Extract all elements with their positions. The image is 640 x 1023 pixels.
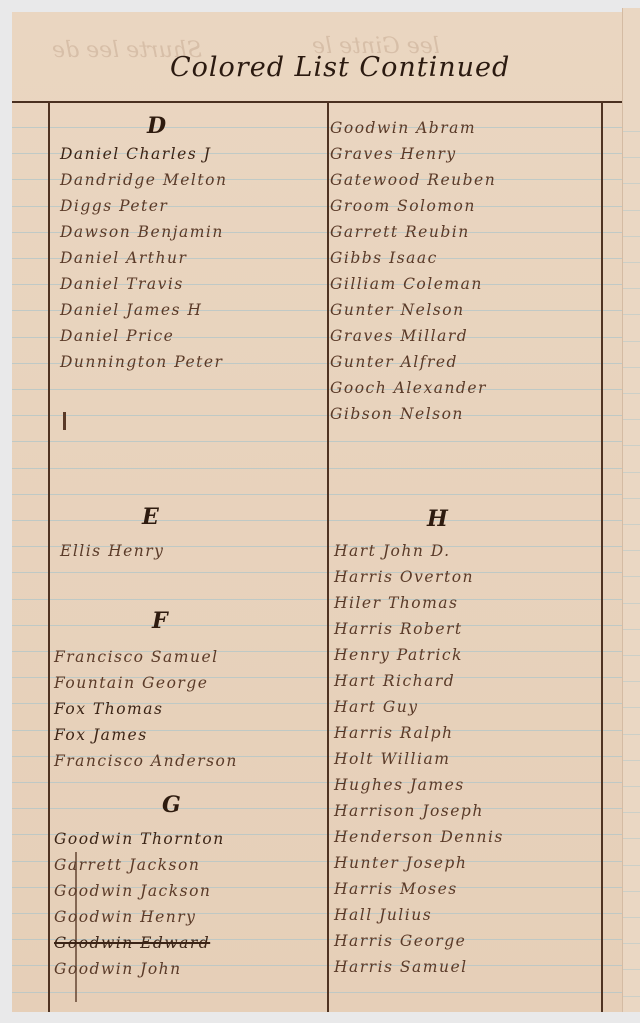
list-item: Daniel Travis	[60, 275, 184, 293]
rule-line	[12, 389, 622, 390]
list-item: Garrett Jackson	[54, 856, 200, 874]
rule-line	[12, 625, 622, 626]
list-item: Gooch Alexander	[330, 379, 487, 397]
section-letter-e: E	[142, 504, 159, 530]
section-letter-h: H	[427, 506, 448, 532]
list-item: Fountain George	[54, 674, 208, 692]
rule-line	[12, 808, 622, 809]
list-item-struck: Goodwin Edward	[54, 934, 210, 952]
list-item: Goodwin Abram	[330, 119, 476, 137]
rule-line	[623, 472, 640, 473]
list-item: Hart John D.	[334, 542, 451, 560]
list-item: Daniel Arthur	[60, 249, 187, 267]
list-item: Ellis Henry	[60, 542, 164, 560]
rule-line	[623, 943, 640, 944]
list-item: Gunter Alfred	[330, 353, 458, 371]
rule-line	[623, 603, 640, 604]
list-item: Goodwin Henry	[54, 908, 196, 926]
list-item: Fox James	[54, 726, 148, 744]
column-divider-line	[327, 101, 329, 1012]
rule-line	[623, 183, 640, 184]
rule-line	[623, 314, 640, 315]
rule-line	[12, 441, 622, 442]
ledger-page: Shurte lee de lee Ginte le Colored List …	[12, 12, 622, 1012]
header-rule	[12, 101, 622, 103]
list-item: Harris Moses	[334, 880, 458, 898]
list-item: Daniel Charles J	[60, 145, 211, 163]
left-margin-line	[48, 101, 50, 1012]
rule-line	[623, 917, 640, 918]
rule-line	[623, 786, 640, 787]
list-item: Hughes James	[334, 776, 465, 794]
adjacent-page-edge	[622, 8, 640, 1012]
rule-line	[623, 262, 640, 263]
rule-line	[623, 236, 640, 237]
list-item: Harris Samuel	[334, 958, 468, 976]
list-item: Fox Thomas	[54, 700, 163, 718]
rule-line	[623, 131, 640, 132]
list-item: Gibbs Isaac	[330, 249, 438, 267]
list-item: Graves Millard	[330, 327, 468, 345]
rule-line	[12, 494, 622, 495]
rule-line	[623, 891, 640, 892]
list-item: Harrison Joseph	[334, 802, 484, 820]
list-item: Goodwin John	[54, 960, 182, 978]
rule-line	[12, 992, 622, 993]
section-letter-f: F	[152, 608, 168, 634]
list-item: Francisco Anderson	[54, 752, 238, 770]
list-item: Gunter Nelson	[330, 301, 465, 319]
rule-line	[623, 865, 640, 866]
rule-line	[12, 415, 622, 416]
list-item: Dunnington Peter	[60, 353, 223, 371]
rule-line	[623, 969, 640, 970]
list-item: Graves Henry	[330, 145, 457, 163]
list-item: Hall Julius	[334, 906, 432, 924]
rule-line	[623, 445, 640, 446]
rule-line	[623, 734, 640, 735]
list-item: Goodwin Thornton	[54, 830, 225, 848]
rule-line	[12, 782, 622, 783]
list-item: Harris Robert	[334, 620, 463, 638]
rule-line	[623, 524, 640, 525]
list-item: Henry Patrick	[334, 646, 463, 664]
rule-line	[623, 576, 640, 577]
list-item: Gatewood Reuben	[330, 171, 496, 189]
rule-line	[623, 812, 640, 813]
rule-line	[623, 760, 640, 761]
rule-line	[623, 681, 640, 682]
list-item: Dawson Benjamin	[60, 223, 224, 241]
rule-line	[623, 367, 640, 368]
rule-line	[623, 838, 640, 839]
list-item: Francisco Samuel	[54, 648, 219, 666]
ink-mark	[63, 412, 66, 430]
rule-line	[623, 629, 640, 630]
list-item: Harris George	[334, 932, 466, 950]
rule-line	[623, 550, 640, 551]
list-item: Holt William	[334, 750, 450, 768]
list-item: Garrett Reubin	[330, 223, 470, 241]
list-item: Daniel James H	[60, 301, 202, 319]
rule-line	[623, 341, 640, 342]
rule-line	[623, 288, 640, 289]
list-item: Daniel Price	[60, 327, 174, 345]
right-margin-line	[601, 101, 603, 1012]
rule-line	[623, 393, 640, 394]
rule-line	[623, 996, 640, 997]
list-item: Henderson Dennis	[334, 828, 504, 846]
section-letter-d: D	[147, 113, 166, 139]
page-title: Colored List Continued	[170, 52, 610, 83]
rule-line	[623, 655, 640, 656]
list-item: Diggs Peter	[60, 197, 168, 215]
list-item: Hart Guy	[334, 698, 418, 716]
list-item: Harris Ralph	[334, 724, 454, 742]
rule-line	[12, 520, 622, 521]
list-item: Hunter Joseph	[334, 854, 467, 872]
rule-line	[623, 707, 640, 708]
rule-line	[623, 498, 640, 499]
list-item: Gibson Nelson	[330, 405, 464, 423]
list-item: Hart Richard	[334, 672, 455, 690]
list-item: Groom Solomon	[330, 197, 476, 215]
list-item: Goodwin Jackson	[54, 882, 211, 900]
list-item: Harris Overton	[334, 568, 474, 586]
rule-line	[623, 210, 640, 211]
list-item: Gilliam Coleman	[330, 275, 483, 293]
section-letter-g: G	[162, 792, 181, 818]
rule-line	[623, 157, 640, 158]
list-item: Dandridge Melton	[60, 171, 227, 189]
rule-line	[12, 127, 622, 128]
rule-line	[12, 572, 622, 573]
rule-line	[12, 468, 622, 469]
rule-line	[12, 599, 622, 600]
rule-line	[623, 419, 640, 420]
list-item: Hiler Thomas	[334, 594, 459, 612]
ink-mark	[75, 852, 77, 1002]
